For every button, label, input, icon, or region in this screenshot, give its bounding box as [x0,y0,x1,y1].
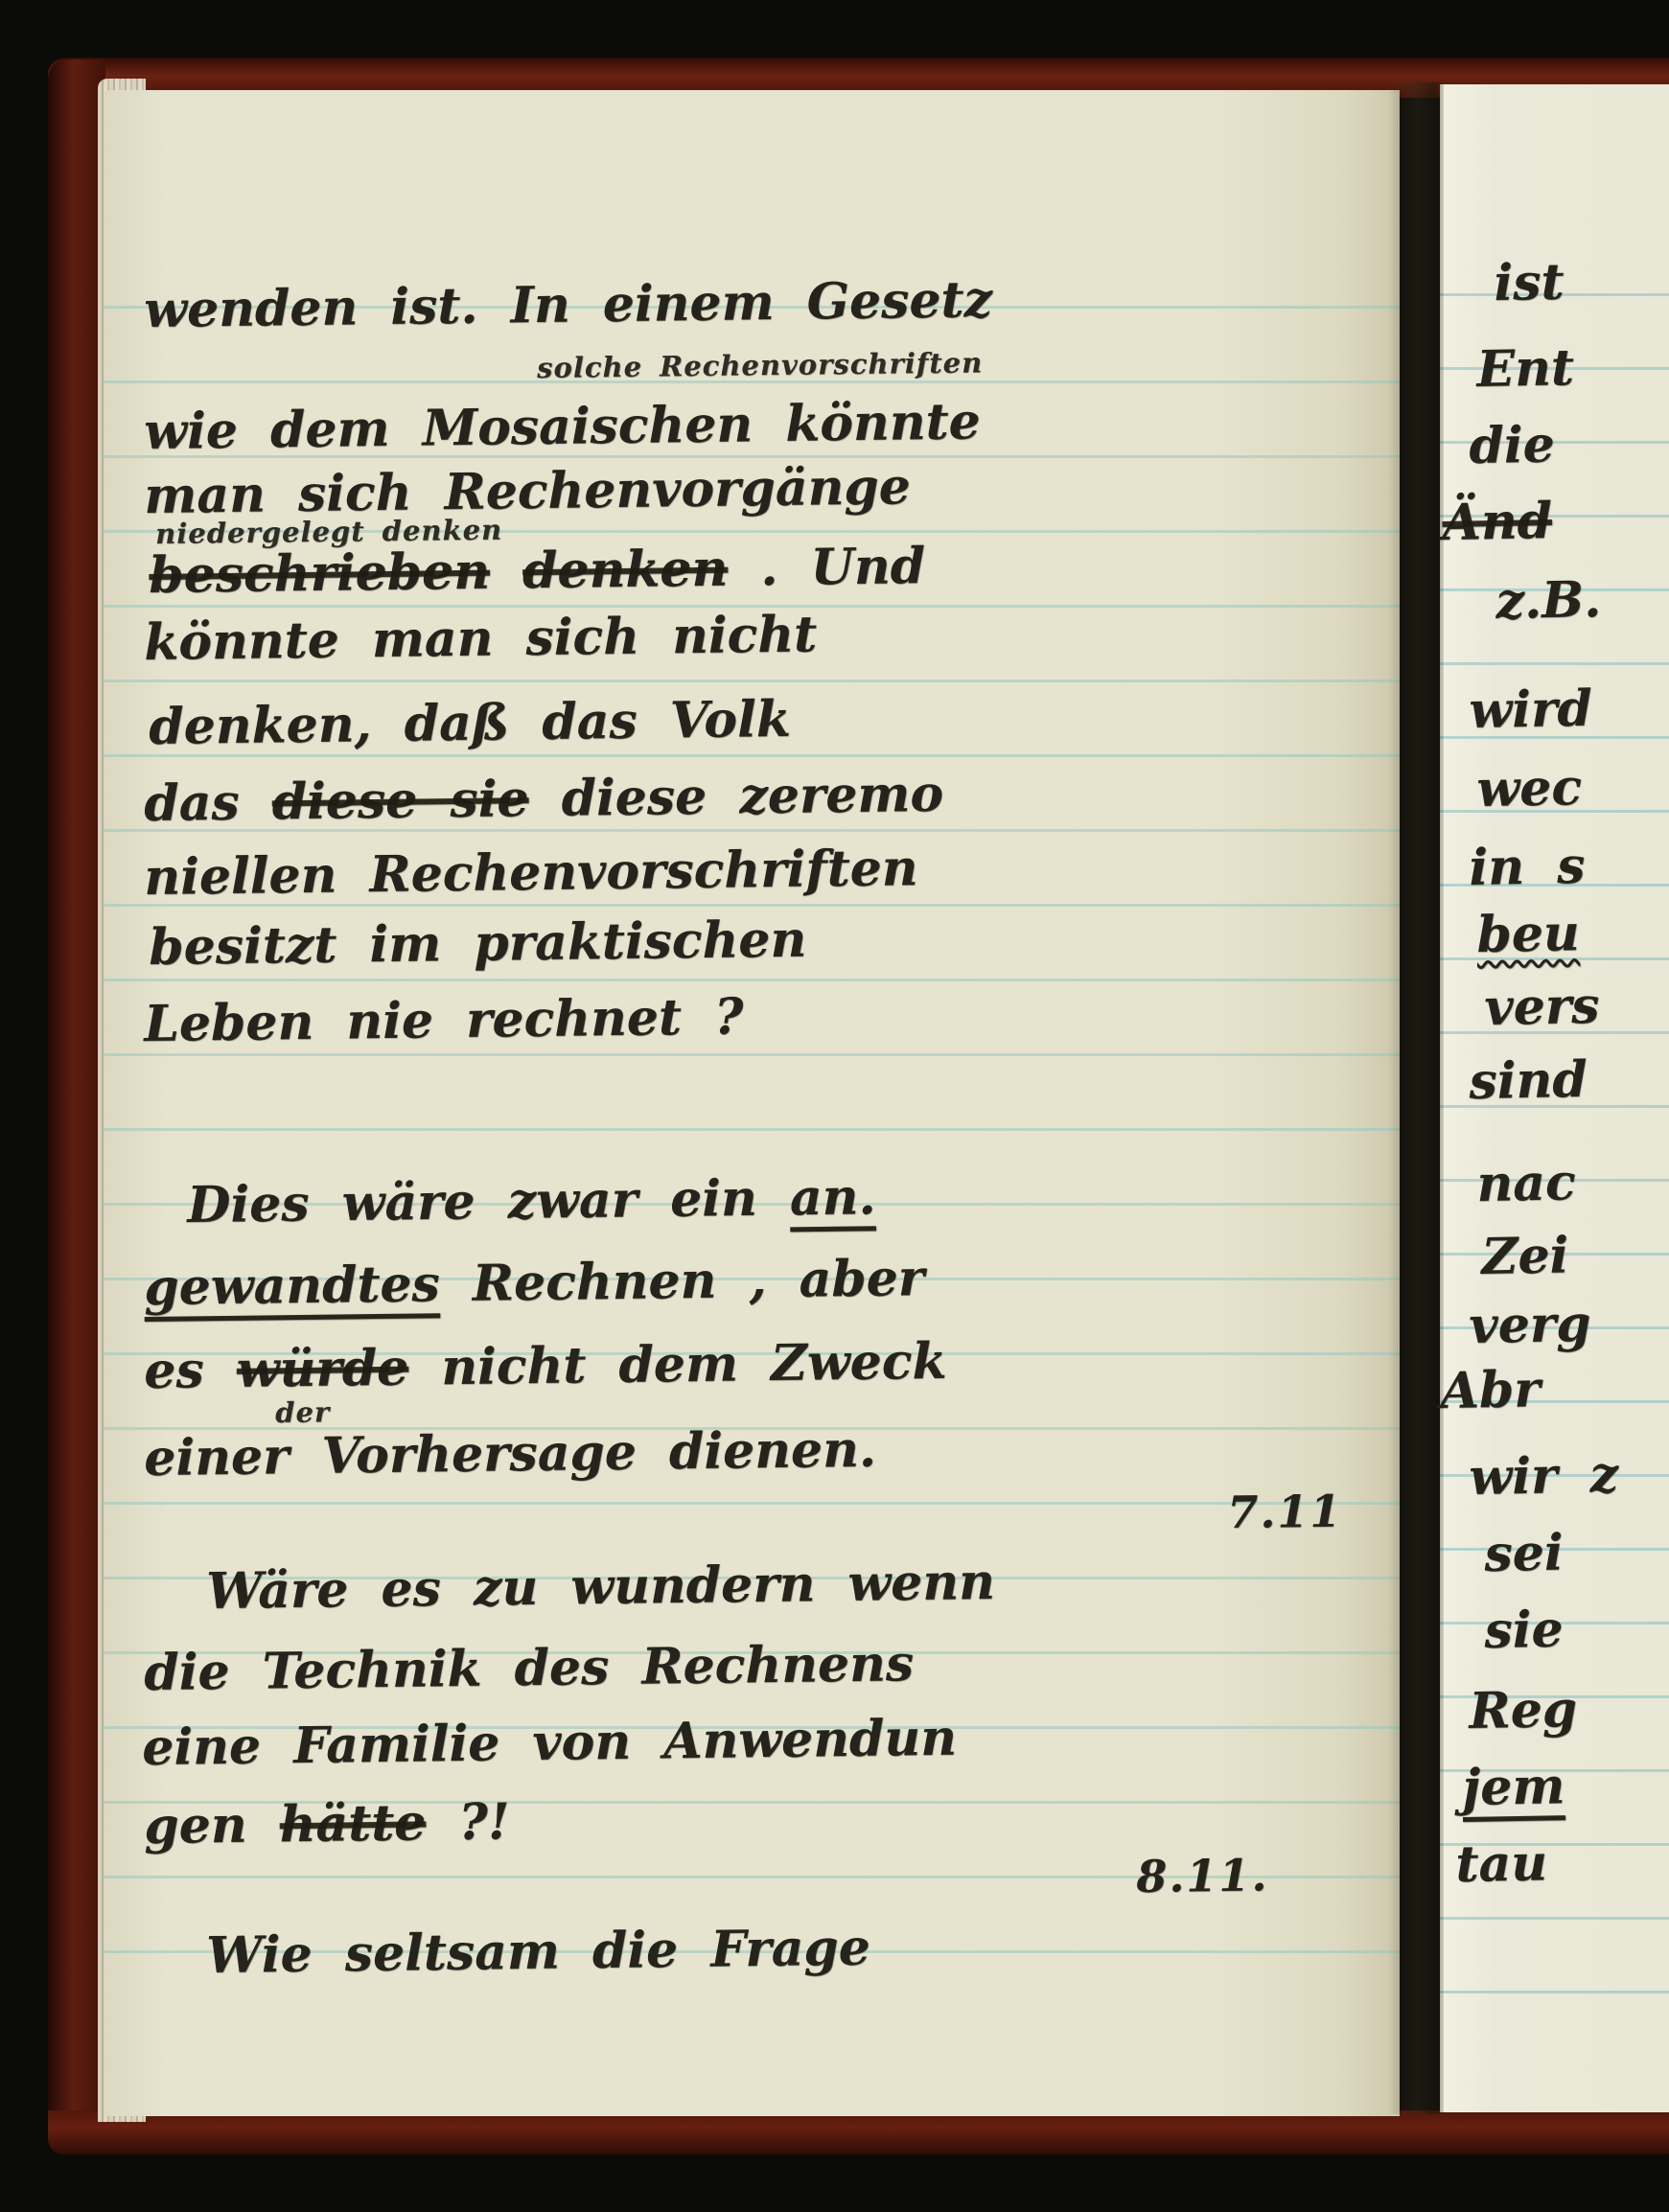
handwriting-fragment: verg [1469,1300,1591,1351]
handwriting-fragment: Abr [1440,1365,1541,1417]
ruled-lines [1440,222,1669,2013]
handwriting-line: das diese sie diese zeremo [144,770,943,829]
right-page-sliver: ist Ent die Änd z.B. wird wec in s beu v… [1440,84,1669,2112]
handwriting-fragment: vers [1484,981,1600,1033]
date-mark: 7.11 [1227,1489,1343,1534]
left-page: wenden ist. In einem Gesetz solche Reche… [104,90,1400,2116]
handwriting-line: Wie seltsam die Frage [206,1924,870,1981]
handwriting-line: einer Vorhersage dienen. [144,1425,876,1484]
interline-insertion: solche Rechenvorschriften [537,349,983,382]
handwriting-fragment: wir z [1469,1450,1618,1503]
book-cover-bottom-edge [48,2110,1669,2154]
handwriting-fragment: nac [1476,1158,1576,1210]
handwriting-line: eine Familie von Anwendun [142,1714,957,1773]
handwriting-fragment: Zei [1481,1231,1569,1282]
handwriting-line: besitzt im praktischen [149,915,807,973]
handwriting-fragment: sei [1484,1529,1564,1579]
book-cover-left-edge [48,59,105,2149]
scan-background: wenden ist. In einem Gesetz solche Reche… [0,0,1669,2212]
handwriting-line: beschrieben denken . Und [149,541,925,601]
handwriting-fragment: Reg [1469,1685,1578,1737]
handwriting-line: Dies wäre zwar ein an. [187,1172,876,1231]
handwriting-line: die Technik des Rechnens [144,1639,914,1698]
handwriting-line: es würde nicht dem Zweck [144,1337,947,1396]
handwriting-line: wie dem Mosaischen könnte [144,397,981,457]
handwriting-line: Leben nie rechnet ? [144,992,744,1049]
handwriting-line: Wäre es zu wundern wenn [206,1557,995,1617]
handwriting-line: man sich Rechenvorgänge [144,462,911,521]
handwriting-fragment: tau [1455,1838,1547,1890]
handwriting-line: wenden ist. In einem Gesetz [144,275,992,335]
handwriting-fragment: z.B. [1495,575,1602,627]
handwriting-fragment: Ent [1476,343,1574,395]
handwriting-fragment: jem [1462,1762,1565,1813]
handwriting-line: niellen Rechenvorschriften [144,843,918,903]
handwriting-fragment: beu [1476,909,1580,960]
interline-insertion: der [275,1398,330,1427]
handwriting-fragment: in s [1469,841,1586,893]
handwriting-fragment: Änd [1442,496,1552,548]
handwriting-line: könnte man sich nicht [144,610,817,668]
handwriting-fragment: die [1469,420,1555,472]
handwriting-line: denken, daß das Volk [149,695,791,752]
handwriting-line: gen hätte ?! [144,1797,510,1852]
handwriting-fragment: sie [1484,1605,1564,1656]
handwriting-fragment: wec [1476,763,1582,815]
handwriting-fragment: wird [1469,684,1592,736]
handwriting-fragment: sind [1469,1055,1588,1107]
handwriting-line: gewandtes Rechnen , aber [144,1254,924,1313]
date-mark: 8.11. [1136,1853,1269,1899]
handwriting-fragment: ist [1494,258,1565,309]
